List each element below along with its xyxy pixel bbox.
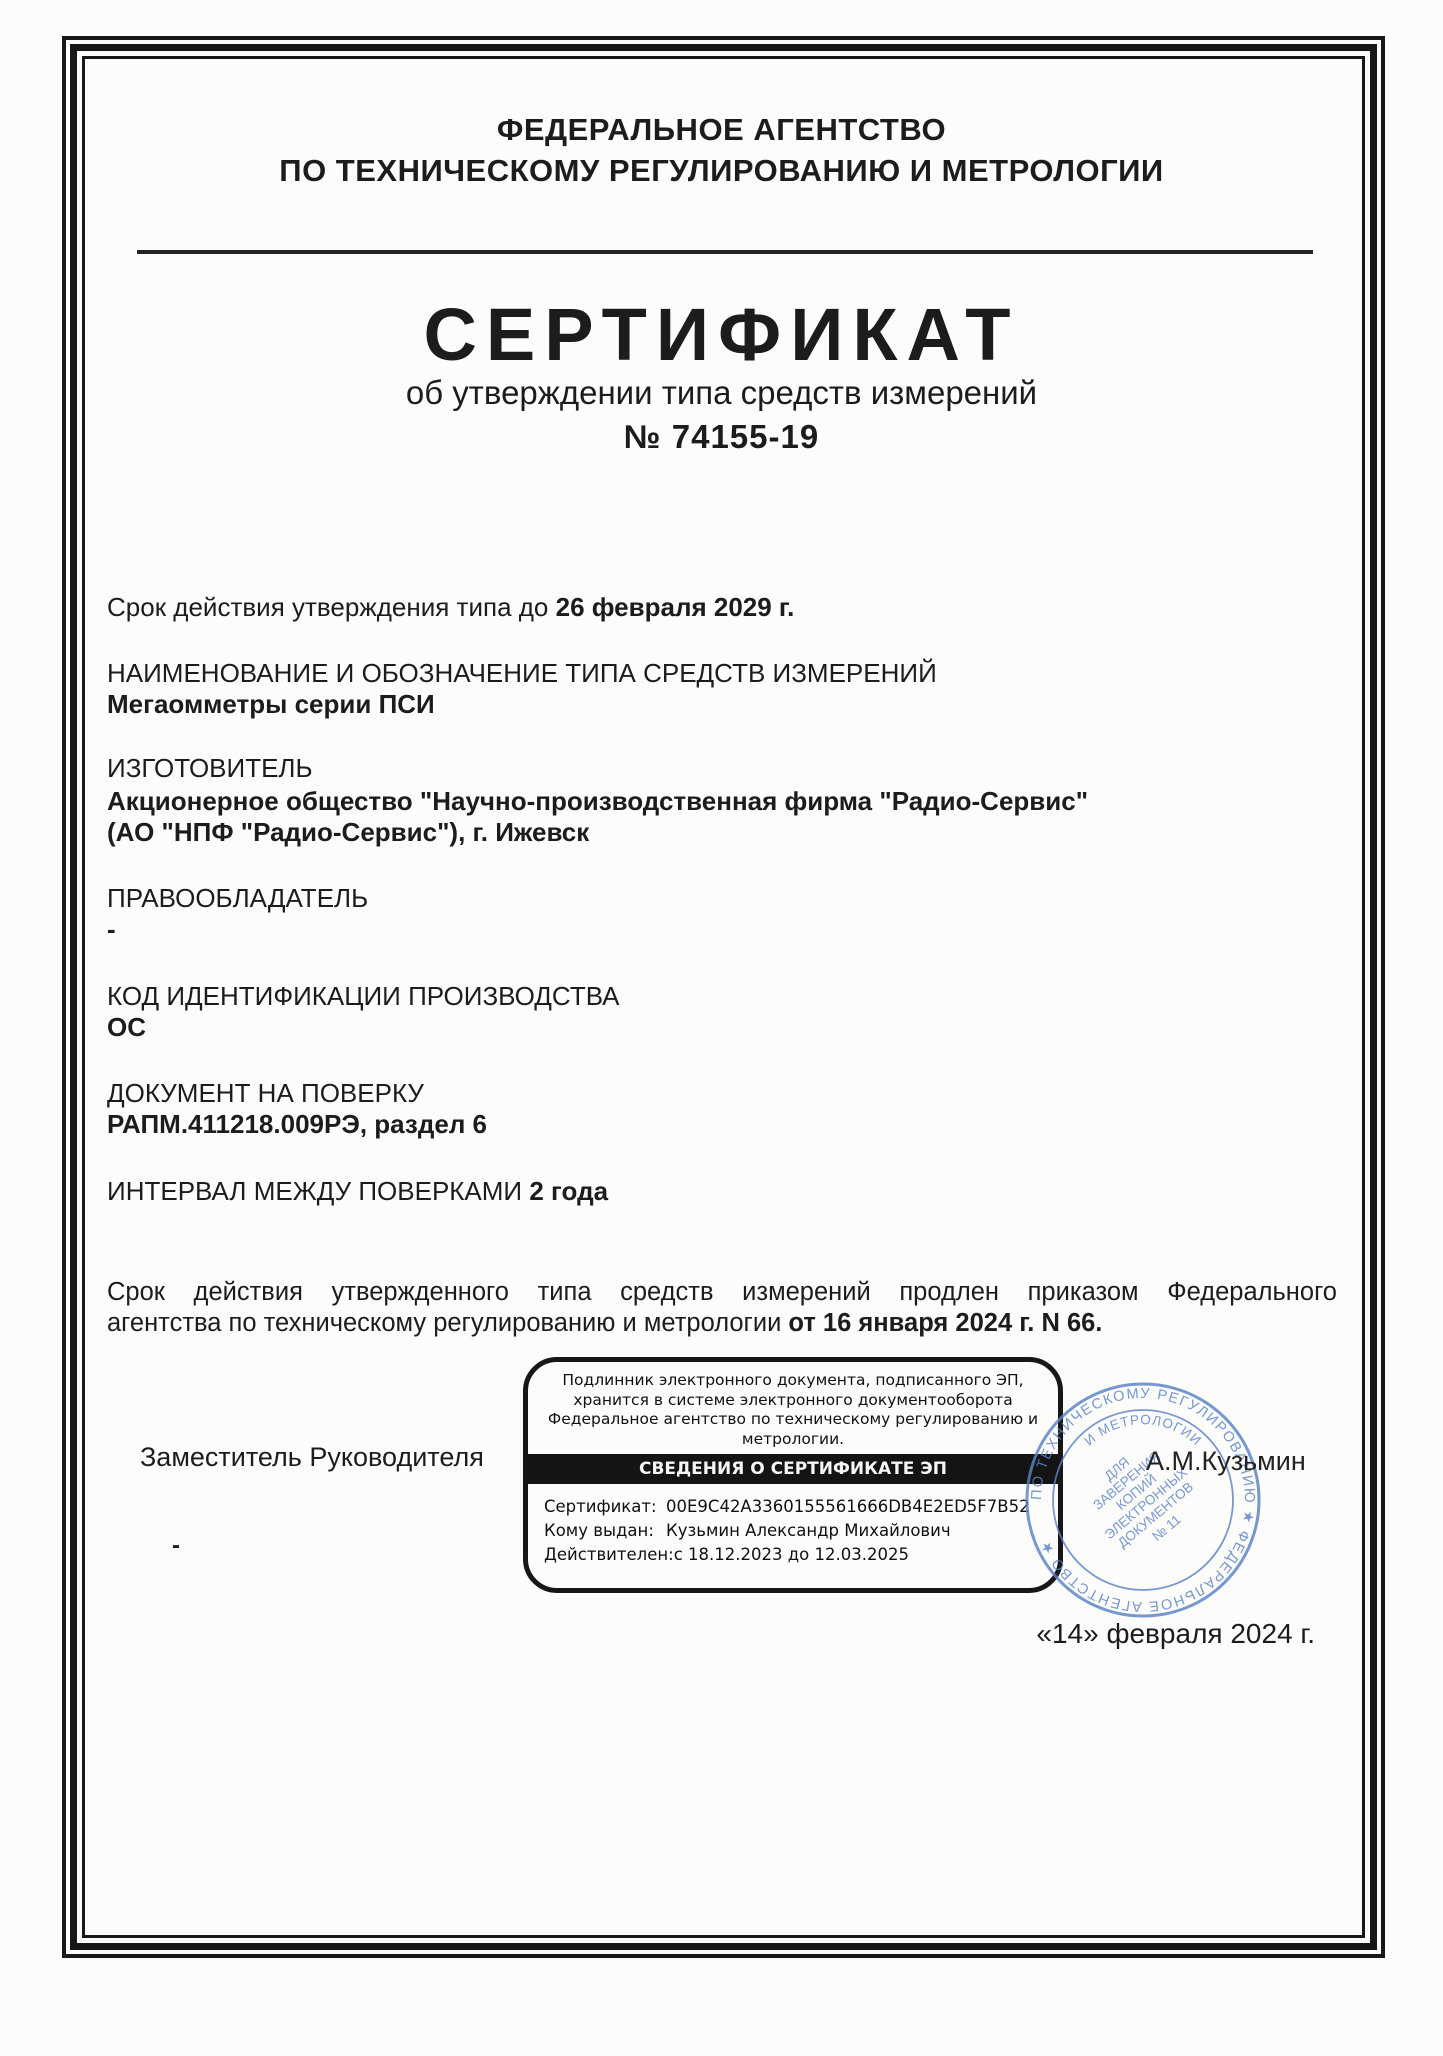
extension-line1: Срок действия утвержденного типа средств… bbox=[107, 1277, 1337, 1308]
ep-box-line2: хранится в системе электронного документ… bbox=[528, 1391, 1058, 1411]
ep-box-line3: Федеральное агентство по техническому ре… bbox=[528, 1410, 1058, 1430]
rights-holder-value: - bbox=[107, 914, 116, 945]
document-date: «14» февраля 2024 г. bbox=[1030, 1618, 1315, 1650]
ep-cert-value: 00E9C42A3360155561666DB4E2ED5F7B52 bbox=[666, 1497, 1030, 1516]
document-title: СЕРТИФИКАТ bbox=[0, 292, 1443, 377]
validity-value: 26 февраля 2029 г. bbox=[556, 592, 795, 622]
agency-header-line2: ПО ТЕХНИЧЕСКОМУ РЕГУЛИРОВАНИЮ И МЕТРОЛОГ… bbox=[0, 153, 1443, 189]
production-code-value: ОС bbox=[107, 1012, 146, 1043]
ep-issued-row: Кому выдан:Кузьмин Александр Михайлович bbox=[544, 1519, 1058, 1543]
ep-cert-label: Сертификат: bbox=[544, 1495, 666, 1519]
interval-label: ИНТЕРВАЛ МЕЖДУ ПОВЕРКАМИ bbox=[107, 1176, 529, 1206]
electronic-signature-box: Подлинник электронного документа, подпис… bbox=[523, 1357, 1063, 1593]
extension-paragraph: Срок действия утвержденного типа средств… bbox=[107, 1277, 1337, 1339]
agency-header-line1: ФЕДЕРАЛЬНОЕ АГЕНТСТВО bbox=[0, 112, 1443, 148]
verification-doc-label: ДОКУМЕНТ НА ПОВЕРКУ bbox=[107, 1078, 424, 1109]
production-code-label: КОД ИДЕНТИФИКАЦИИ ПРОИЗВОДСТВА bbox=[107, 981, 620, 1012]
ep-valid-label: Действителен: bbox=[544, 1543, 674, 1567]
validity-line: Срок действия утверждения типа до 26 фев… bbox=[107, 592, 794, 623]
ep-certificate-rows: Сертификат:00E9C42A3360155561666DB4E2ED5… bbox=[528, 1495, 1058, 1567]
manufacturer-label: ИЗГОТОВИТЕЛЬ bbox=[107, 753, 313, 784]
ep-valid-value: с 18.12.2023 до 12.03.2025 bbox=[674, 1545, 909, 1564]
extension-order-value: от 16 января 2024 г. N 66. bbox=[788, 1309, 1102, 1337]
extension-line2-regular: агентства по техническому регулированию … bbox=[107, 1309, 788, 1337]
ep-valid-row: Действителен:с 18.12.2023 до 12.03.2025 bbox=[544, 1543, 1058, 1567]
certificate-number: № 74155-19 bbox=[0, 418, 1443, 456]
ep-issued-label: Кому выдан: bbox=[544, 1519, 666, 1543]
signatory-name: А.М.Кузьмин bbox=[1146, 1446, 1306, 1477]
extension-line2: агентства по техническому регулированию … bbox=[107, 1309, 1102, 1337]
interval-value: 2 года bbox=[529, 1176, 608, 1206]
signature-dash: - bbox=[172, 1532, 180, 1560]
verification-doc-value: РАПМ.411218.009РЭ, раздел 6 bbox=[107, 1109, 487, 1140]
document-subtitle: об утверждении типа средств измерений bbox=[0, 374, 1443, 412]
certificate-page: ФЕДЕРАЛЬНОЕ АГЕНТСТВО ПО ТЕХНИЧЕСКОМУ РЕ… bbox=[0, 0, 1443, 2056]
ep-certificate-info-bar: СВЕДЕНИЯ О СЕРТИФИКАТЕ ЭП bbox=[528, 1454, 1058, 1484]
header-divider bbox=[137, 250, 1313, 254]
ep-cert-row: Сертификат:00E9C42A3360155561666DB4E2ED5… bbox=[544, 1495, 1058, 1519]
ep-issued-value: Кузьмин Александр Михайлович bbox=[666, 1521, 951, 1540]
ep-box-line1: Подлинник электронного документа, подпис… bbox=[528, 1371, 1058, 1391]
validity-label: Срок действия утверждения типа до bbox=[107, 592, 556, 622]
type-name-value: Мегаомметры серии ПСИ bbox=[107, 689, 435, 720]
manufacturer-value-line2: (АО "НПФ "Радио-Сервис"), г. Ижевск bbox=[107, 817, 589, 848]
signatory-position: Заместитель Руководителя bbox=[140, 1442, 484, 1473]
type-name-label: НАИМЕНОВАНИЕ И ОБОЗНАЧЕНИЕ ТИПА СРЕДСТВ … bbox=[107, 658, 937, 689]
rights-holder-label: ПРАВООБЛАДАТЕЛЬ bbox=[107, 883, 368, 914]
ep-box-line4: метрологии. bbox=[528, 1430, 1058, 1450]
ep-box-preamble: Подлинник электронного документа, подпис… bbox=[528, 1371, 1058, 1449]
manufacturer-value-line1: Акционерное общество "Научно-производств… bbox=[107, 786, 1088, 817]
interval-line: ИНТЕРВАЛ МЕЖДУ ПОВЕРКАМИ 2 года bbox=[107, 1176, 608, 1207]
